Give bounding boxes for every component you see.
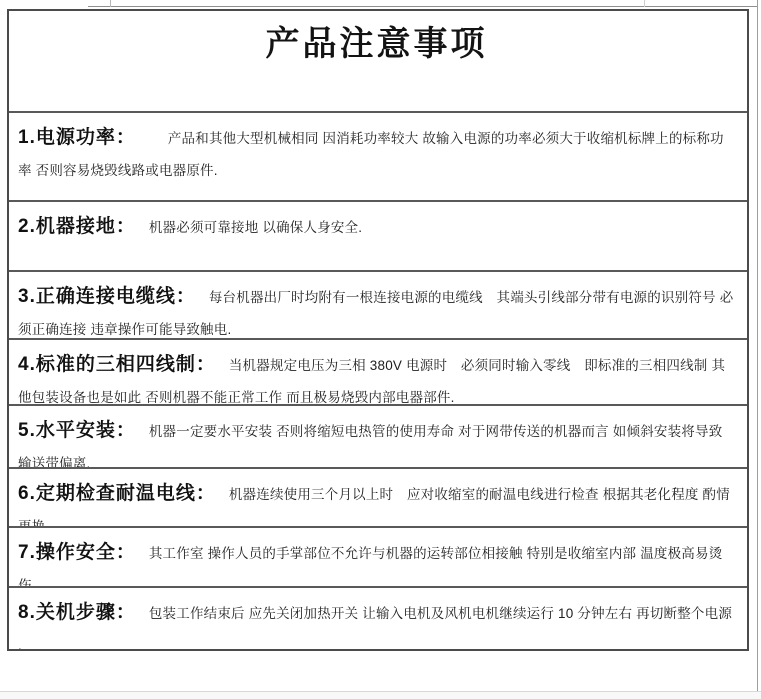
notice-row-power: 1.电源功率：产品和其他大型机械相同 因消耗功率较大 故输入电源的功率必须大于收… — [9, 111, 747, 200]
notice-row-operation-safety: 7.操作安全：其工作室 操作人员的手掌部位不允许与机器的运转部位相接触 特别是收… — [9, 526, 747, 586]
title-row: 产品注意事项 — [9, 11, 747, 111]
section-label: 2.机器接地： — [18, 216, 136, 237]
notice-paragraph: 6.定期检查耐温电线：机器连续使用三个月以上时 应对收缩室的耐温电线进行检查 根… — [18, 478, 735, 526]
section-body: 机器必须可靠接地 以确保人身安全. — [149, 220, 362, 235]
notice-row-level-install: 5.水平安装：机器一定要水平安装 否则将缩短电热管的使用寿命 对于网带传送的机器… — [9, 404, 747, 467]
section-label: 3.正确连接电缆线： — [18, 286, 196, 307]
crop-artifact-tick-left — [110, 0, 111, 7]
notice-row-shutdown: 8.关机步骤：包装工作结束后 应先关闭加热开关 让输入电机及风机电机继续运行 1… — [9, 586, 747, 649]
notice-row-grounding: 2.机器接地：机器必须可靠接地 以确保人身安全. — [9, 200, 747, 270]
crop-artifact-top-line — [88, 6, 757, 7]
notice-paragraph: 1.电源功率：产品和其他大型机械相同 因消耗功率较大 故输入电源的功率必须大于收… — [18, 122, 735, 187]
section-label: 8.关机步骤： — [18, 602, 136, 623]
notice-row-cable: 3.正确连接电缆线：每台机器出厂时均附有一根连接电源的电缆线 其端头引线部分带有… — [9, 270, 747, 338]
page: { "page": { "title": "产品注意事项" }, "sectio… — [0, 0, 761, 699]
section-label: 6.定期检查耐温电线： — [18, 483, 216, 504]
notice-table: 产品注意事项 1.电源功率：产品和其他大型机械相同 因消耗功率较大 故输入电源的… — [7, 9, 749, 651]
crop-artifact-tick-right — [644, 0, 645, 7]
notice-paragraph: 2.机器接地：机器必须可靠接地 以确保人身安全. — [18, 211, 735, 244]
notice-paragraph: 4.标准的三相四线制：当机器规定电压为三相 380V 电源时 必须同时输入零线 … — [18, 349, 735, 404]
page-title: 产品注意事项 — [266, 25, 488, 63]
notice-row-three-phase: 4.标准的三相四线制：当机器规定电压为三相 380V 电源时 必须同时输入零线 … — [9, 338, 747, 404]
section-label: 7.操作安全： — [18, 542, 136, 563]
notice-paragraph: 8.关机步骤：包装工作结束后 应先关闭加热开关 让输入电机及风机电机继续运行 1… — [18, 597, 735, 649]
page-edge-line-right — [757, 0, 758, 691]
section-label: 4.标准的三相四线制： — [18, 354, 216, 375]
notice-paragraph: 5.水平安装：机器一定要水平安装 否则将缩短电热管的使用寿命 对于网带传送的机器… — [18, 415, 735, 467]
bottom-margin-strip — [0, 692, 761, 699]
notice-paragraph: 7.操作安全：其工作室 操作人员的手掌部位不允许与机器的运转部位相接触 特别是收… — [18, 537, 735, 586]
section-label: 1.电源功率： — [18, 127, 136, 148]
notice-row-wire-check: 6.定期检查耐温电线：机器连续使用三个月以上时 应对收缩室的耐温电线进行检查 根… — [9, 467, 747, 526]
section-label: 5.水平安装： — [18, 420, 136, 441]
notice-paragraph: 3.正确连接电缆线：每台机器出厂时均附有一根连接电源的电缆线 其端头引线部分带有… — [18, 281, 735, 338]
